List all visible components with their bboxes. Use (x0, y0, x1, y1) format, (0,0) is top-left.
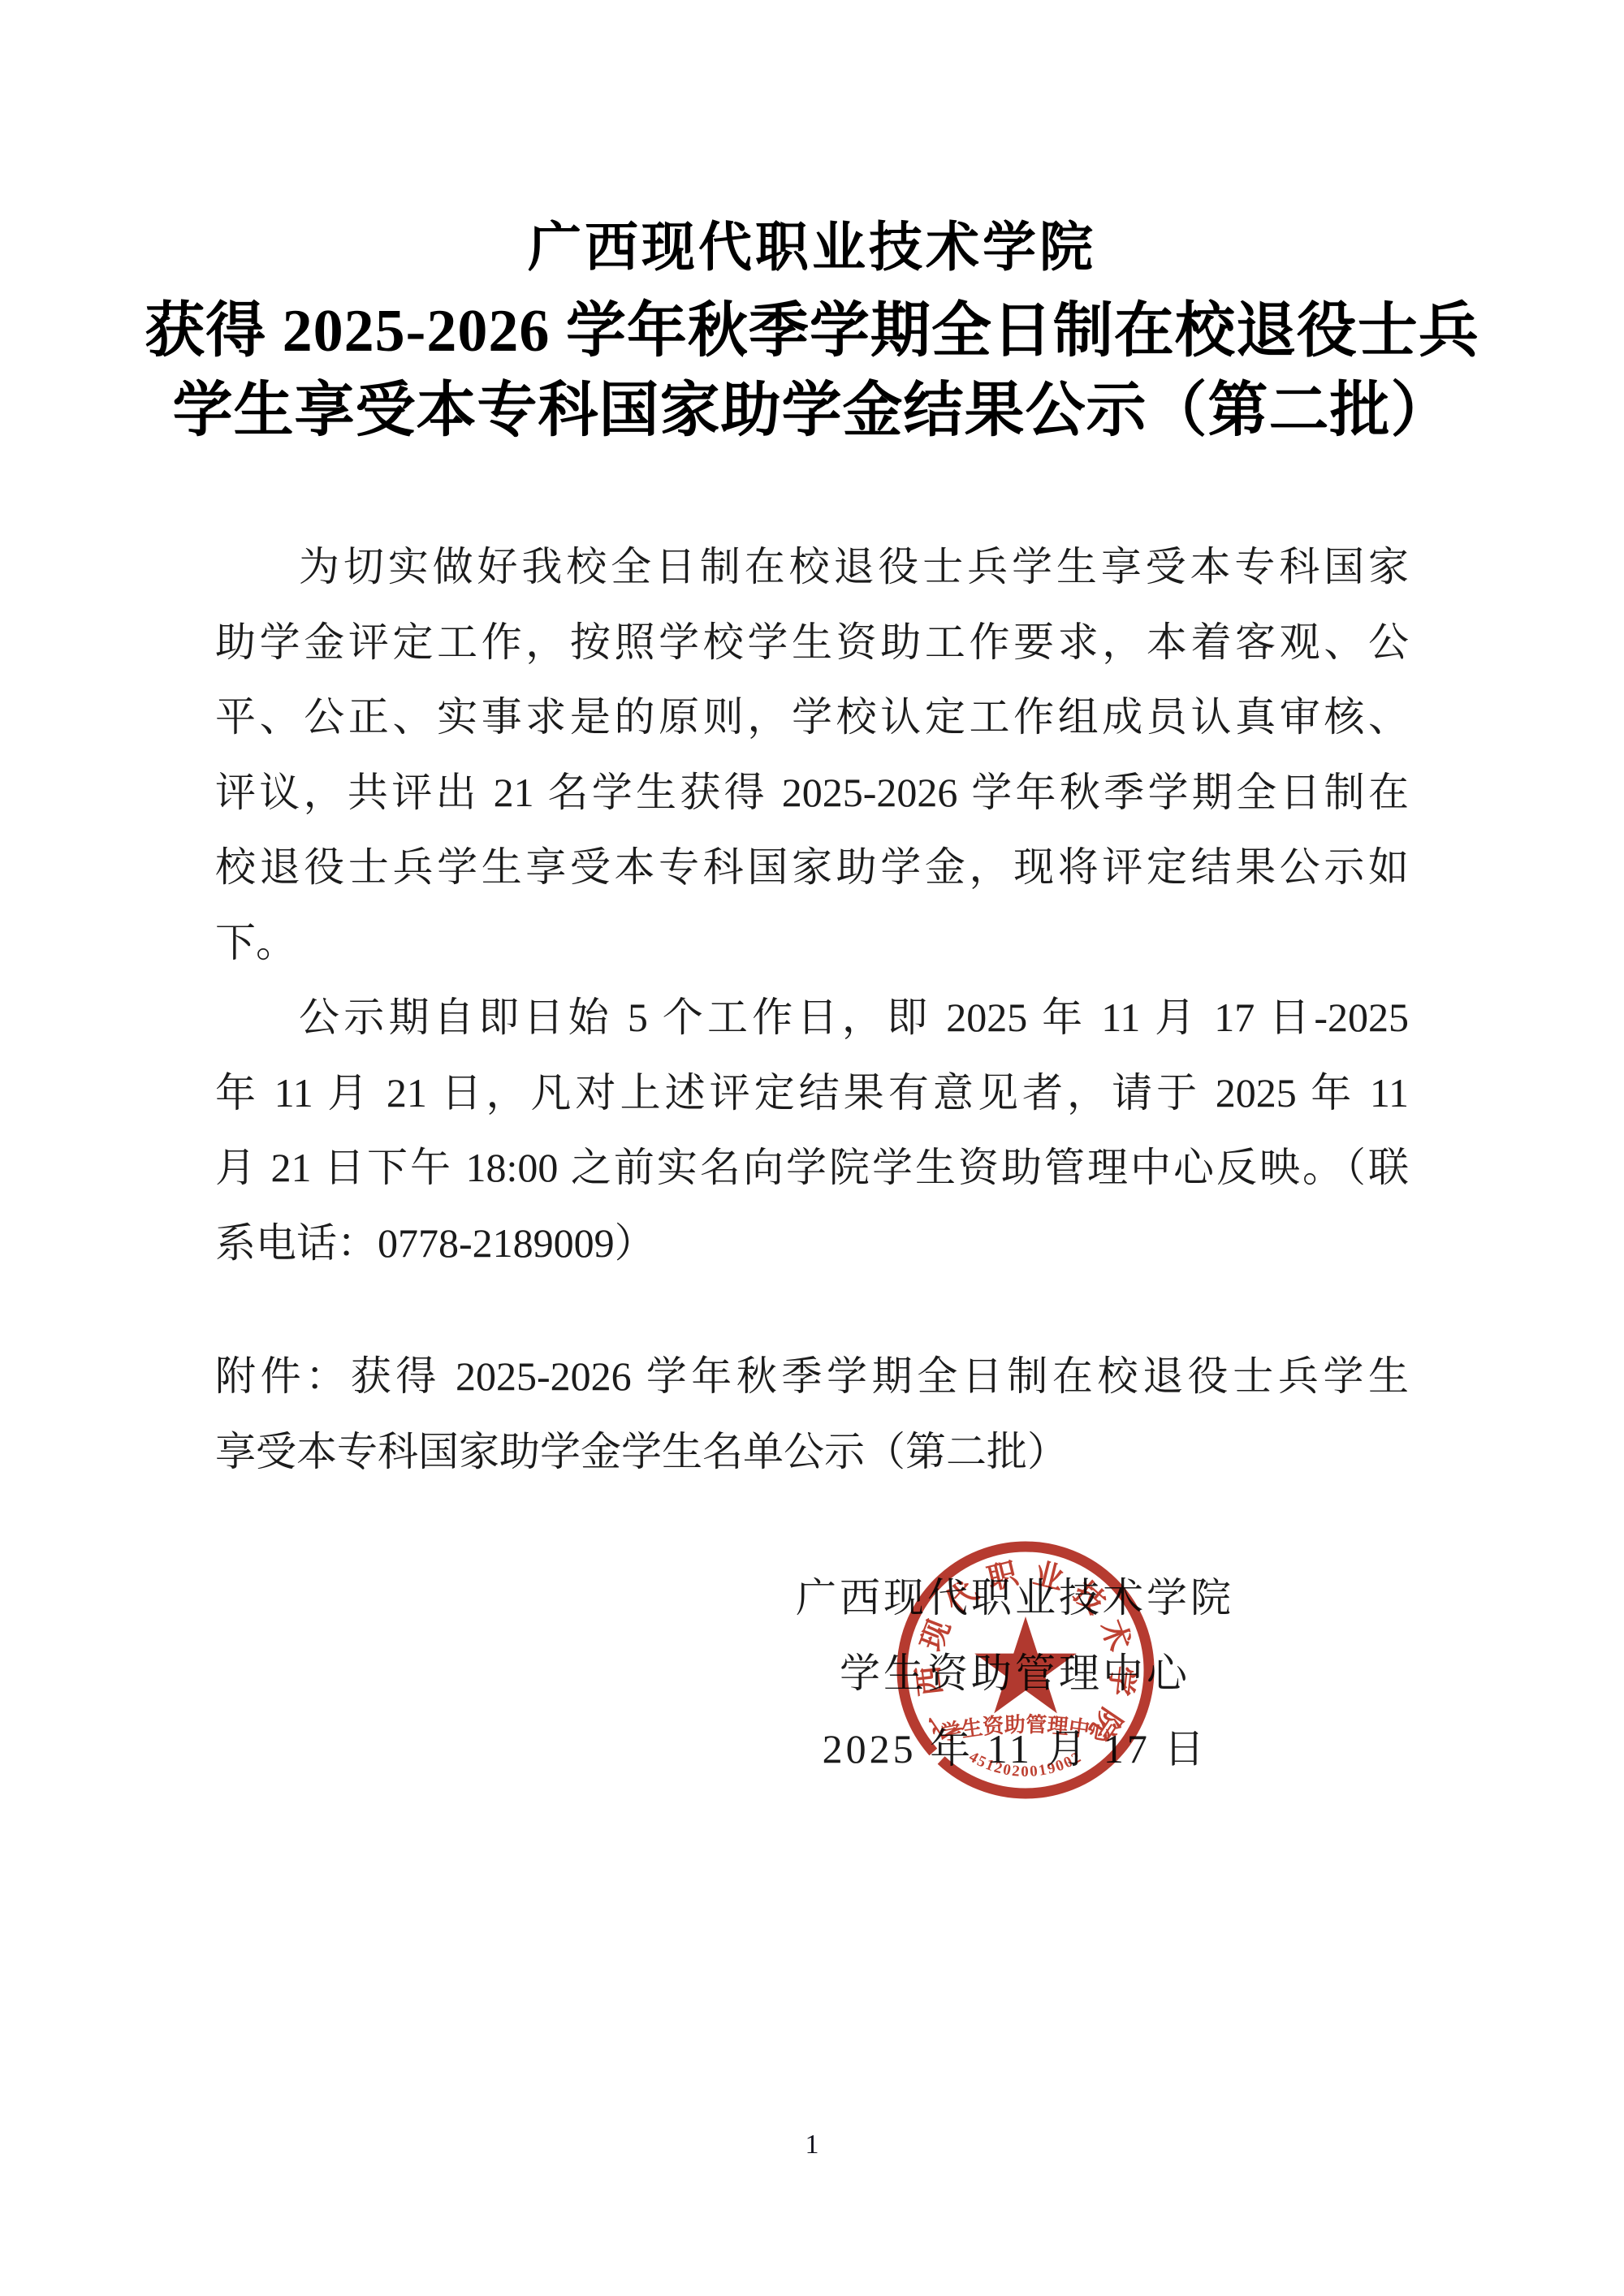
attachment-line: 享受本专科国家助学金学生名单公示（第二批） (215, 1414, 1409, 1490)
signature-date: 2025 年 11 月 17 日 (690, 1711, 1340, 1787)
document-page: 广西现代职业技术学院 获得 2025-2026 学年秋季学期全日制在校退役士兵 … (0, 0, 1624, 2296)
signature-block: 广西现代职业技术学院 学生资助管理中心 2025 年 11 月 17 日 (690, 1560, 1340, 1787)
body-line: 助学金评定工作，按照学校学生资助工作要求，本着客观、公 (215, 605, 1409, 680)
body-line: 公示期自即日始 5 个工作日，即 2025 年 11 月 17 日-2025 (215, 980, 1409, 1055)
attachment-line: 附件：获得 2025-2026 学年秋季学期全日制在校退役士兵学生 (215, 1339, 1409, 1414)
paragraph-1: 为切实做好我校全日制在校退役士兵学生享受本专科国家 助学金评定工作，按照学校学生… (215, 529, 1409, 980)
attachment-note: 附件：获得 2025-2026 学年秋季学期全日制在校退役士兵学生 享受本专科国… (215, 1339, 1409, 1489)
body-line: 平、公正、实事求是的原则，学校认定工作组成员认真审核、 (215, 680, 1409, 755)
body-line: 为切实做好我校全日制在校退役士兵学生享受本专科国家 (215, 529, 1409, 605)
body-line: 系电话：0778-2189009） (215, 1206, 1409, 1281)
body-line: 下。 (215, 905, 1409, 981)
body-line: 评议，共评出 21 名学生获得 2025-2026 学年秋季学期全日制在 (215, 755, 1409, 831)
document-body: 为切实做好我校全日制在校退役士兵学生享受本专科国家 助学金评定工作，按照学校学生… (215, 529, 1409, 1489)
document-org-title: 广西现代职业技术学院 (0, 208, 1624, 289)
body-line: 校退役士兵学生享受本专科国家助学金，现将评定结果公示如 (215, 830, 1409, 905)
document-title-line2: 学生享受本专科国家助学金结果公示（第二批） (0, 370, 1624, 451)
signature-dept: 学生资助管理中心 (690, 1636, 1340, 1711)
paragraph-2: 公示期自即日始 5 个工作日，即 2025 年 11 月 17 日-2025 年… (215, 980, 1409, 1280)
signature-org: 广西现代职业技术学院 (690, 1560, 1340, 1636)
page-number: 1 (0, 2129, 1624, 2161)
document-title-line1: 获得 2025-2026 学年秋季学期全日制在校退役士兵 (0, 291, 1624, 372)
body-line: 月 21 日下午 18:00 之前实名向学院学生资助管理中心反映。（联 (215, 1130, 1409, 1206)
body-line: 年 11 月 21 日，凡对上述评定结果有意见者，请于 2025 年 11 (215, 1055, 1409, 1131)
